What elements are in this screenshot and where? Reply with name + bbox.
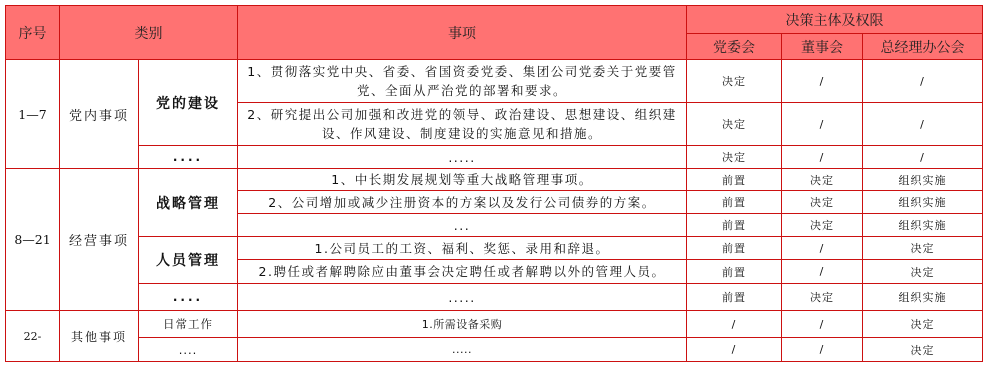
board-value: /	[782, 260, 863, 284]
table-row: .... ..... / / 决定	[6, 338, 983, 362]
party-committee-value: 前置	[687, 169, 782, 191]
gm-office-value: 决定	[863, 338, 983, 362]
subgroup-name: 战略管理	[139, 169, 238, 237]
decision-authority-table: 序号 类别 事项 决策主体及权限 党委会 董事会 总经理办公会 1—7 党内事项…	[5, 5, 983, 362]
group-category: 经营事项	[60, 169, 139, 311]
board-value: 决定	[782, 284, 863, 311]
table-row: 22- 其他事项 日常工作 1.所需设备采购 / / 决定	[6, 311, 983, 338]
group-seq: 1—7	[6, 60, 60, 169]
party-committee-value: 决定	[687, 103, 782, 146]
party-committee-value: /	[687, 338, 782, 362]
party-committee-value: 决定	[687, 60, 782, 103]
gm-office-value: /	[863, 103, 983, 146]
item-text: 2.聘任或者解聘除应由董事会决定聘任或者解聘以外的管理人员。	[238, 262, 686, 282]
gm-office-value: 组织实施	[863, 169, 983, 191]
subgroup-name: 日常工作	[139, 311, 238, 338]
item-text: 1.公司员工的工资、福利、奖惩、录用和辞退。	[238, 237, 687, 260]
header-gm-office: 总经理办公会	[863, 34, 983, 60]
item-text: 2、公司增加或减少注册资本的方案以及发行公司债券的方案。	[238, 191, 687, 214]
header-category: 类别	[60, 6, 238, 60]
item-text: 1、贯彻落实党中央、省委、省国资委党委、集团公司党委关于党要管党、全面从严治党的…	[238, 60, 687, 103]
subgroup-name: ....	[139, 284, 238, 311]
item-text: ...	[238, 214, 687, 237]
party-committee-value: 前置	[687, 191, 782, 214]
board-value: /	[782, 103, 863, 146]
subgroup-name: 人员管理	[139, 237, 238, 284]
table-row: .... ..... 前置 决定 组织实施	[6, 284, 983, 311]
board-value: 决定	[782, 214, 863, 237]
item-text: .....	[238, 284, 687, 311]
board-value: 决定	[782, 169, 863, 191]
board-value: /	[782, 338, 863, 362]
header-seq: 序号	[6, 6, 60, 60]
board-value: /	[782, 146, 863, 169]
table-row: 8—21 经营事项 战略管理 1、中长期发展规划等重大战略管理事项。 前置 决定…	[6, 169, 983, 191]
gm-office-value: 组织实施	[863, 191, 983, 214]
party-committee-value: /	[687, 311, 782, 338]
gm-office-value: /	[863, 146, 983, 169]
gm-office-value: 决定	[863, 237, 983, 260]
group-category: 其他事项	[60, 311, 139, 362]
board-value: /	[782, 311, 863, 338]
gm-office-value: 组织实施	[863, 284, 983, 311]
item-text: .....	[238, 338, 687, 362]
table-row: .... ..... 决定 / /	[6, 146, 983, 169]
item-text: 1.所需设备采购	[238, 311, 687, 338]
header-authority-group: 决策主体及权限	[687, 6, 983, 34]
party-committee-value: 前置	[687, 237, 782, 260]
party-committee-value: 前置	[687, 260, 782, 284]
item-text: 2、研究提出公司加强和改进党的领导、政治建设、思想建设、组织建设、作风建设、制度…	[238, 103, 687, 146]
header-item: 事项	[238, 6, 687, 60]
group-seq: 8—21	[6, 169, 60, 311]
gm-office-value: /	[863, 60, 983, 103]
gm-office-value: 组织实施	[863, 214, 983, 237]
party-committee-value: 前置	[687, 284, 782, 311]
group-seq: 22-	[6, 311, 60, 362]
subgroup-name: ....	[139, 338, 238, 362]
header-party-committee: 党委会	[687, 34, 782, 60]
gm-office-value: 决定	[863, 311, 983, 338]
table-row: 人员管理 1.公司员工的工资、福利、奖惩、录用和辞退。 前置 / 决定	[6, 237, 983, 260]
table-row: 1—7 党内事项 党的建设 1、贯彻落实党中央、省委、省国资委党委、集团公司党委…	[6, 60, 983, 103]
header-board: 董事会	[782, 34, 863, 60]
gm-office-value: 决定	[863, 260, 983, 284]
group-category: 党内事项	[60, 60, 139, 169]
subgroup-name: 党的建设	[139, 60, 238, 146]
board-value: 决定	[782, 191, 863, 214]
item-text: .....	[238, 146, 687, 169]
subgroup-name: ....	[139, 146, 238, 169]
party-committee-value: 决定	[687, 146, 782, 169]
item-text: 1、中长期发展规划等重大战略管理事项。	[238, 169, 687, 191]
board-value: /	[782, 237, 863, 260]
item-cell: 2.聘任或者解聘除应由董事会决定聘任或者解聘以外的管理人员。	[238, 260, 687, 284]
board-value: /	[782, 60, 863, 103]
party-committee-value: 前置	[687, 214, 782, 237]
